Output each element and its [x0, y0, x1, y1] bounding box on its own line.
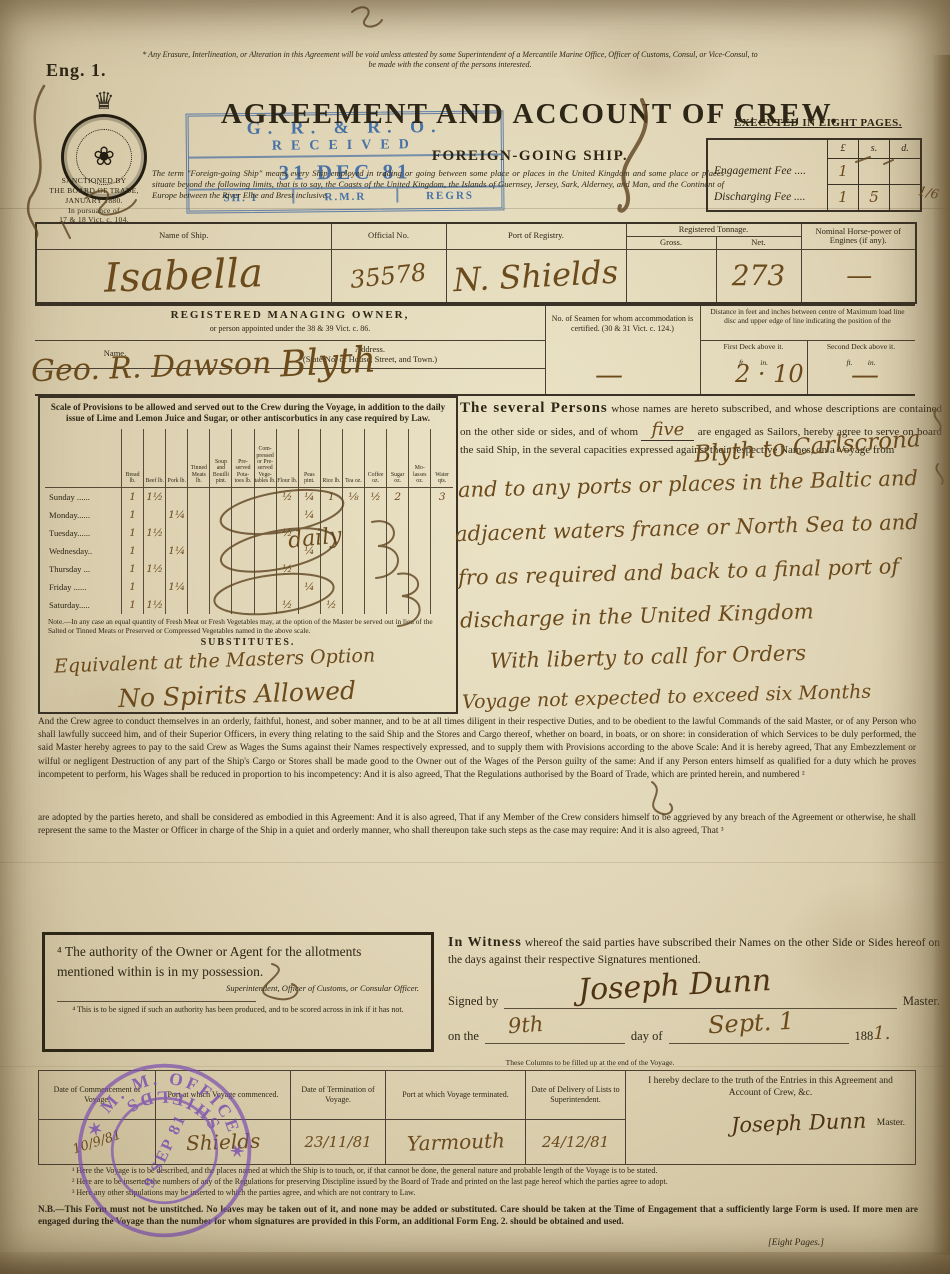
witness-body: whereof the said parties have subscribed… [448, 937, 940, 966]
provision-cell [210, 506, 232, 524]
provisions-scale-box: Scale of Provisions to be allowed and se… [38, 396, 458, 714]
discharging-fee-pounds: 1 [828, 184, 859, 210]
provision-column-header: Pork lb. [166, 429, 188, 488]
fee-table: £ s. d. Engagement Fee .... 1 Dischargin… [706, 138, 922, 212]
provision-cell [298, 560, 320, 578]
provision-cell [387, 506, 409, 524]
provision-cell [320, 578, 342, 596]
provision-cell [188, 524, 210, 542]
registered-tonnage-header: Registered Tonnage. [626, 223, 801, 236]
provision-cell [210, 560, 232, 578]
provision-cell: 1 [320, 487, 342, 506]
provision-cell: ¼ [298, 506, 320, 524]
provision-column-header: Mo- lasses oz. [409, 429, 431, 488]
provision-cell [254, 487, 276, 506]
horse-power-value: — [801, 249, 916, 303]
provision-column-header: Pre- served Pota- toes lb. [232, 429, 254, 488]
provision-cell [431, 524, 453, 542]
provision-cell [387, 542, 409, 560]
sanction-note: SANCTIONED BY THE BOARD OF TRADE, JANUAR… [38, 176, 150, 225]
termination-date-header: Date of Termination of Voyage. [291, 1071, 386, 1120]
ink-squiggle-numbered [652, 782, 672, 814]
document-page: * Any Erasure, Interlineation, or Altera… [0, 0, 950, 1274]
provision-cell: 1 [122, 487, 144, 506]
first-deck-header: First Deck above it. [700, 342, 807, 351]
provision-cell [254, 506, 276, 524]
signed-by-row: Signed by Master. Joseph Dunn [448, 994, 940, 1009]
provision-column-header: Coffee oz. [365, 429, 387, 488]
provision-cell [387, 560, 409, 578]
provisions-caption: Scale of Provisions to be allowed and se… [40, 398, 456, 427]
provision-cell [166, 596, 188, 614]
provision-cell [188, 596, 210, 614]
provision-cell [409, 560, 431, 578]
erasure-warning-note: * Any Erasure, Interlineation, or Altera… [140, 50, 760, 70]
mercantile-marine-office-stamp: ✶ M. M. OFFICE ✶ SHIELDS 9 SEP 81 [57, 1043, 271, 1257]
day-label: Thursday ... [45, 560, 122, 578]
day-of-label: day of [631, 1029, 663, 1044]
provision-cell: ¼ [298, 487, 320, 506]
provision-cell: 1 [122, 596, 144, 614]
month-handwriting: Sept. 1 [707, 1007, 795, 1039]
declaration-cell: I hereby declare to the truth of the Ent… [626, 1071, 916, 1165]
provision-column-header: Flour lb. [276, 429, 298, 488]
provision-cell [254, 596, 276, 614]
provision-cell: 1½ [144, 596, 166, 614]
official-no-value: 35578 [331, 249, 446, 303]
provision-cell [431, 506, 453, 524]
provision-cell [431, 560, 453, 578]
provision-cell [387, 578, 409, 596]
discharging-fee-shillings: 5 [859, 184, 890, 210]
official-no-header: Official No. [331, 223, 446, 249]
provision-cell [409, 487, 431, 506]
day-label: Saturday..... [45, 596, 122, 614]
provision-cell [409, 596, 431, 614]
witness-paragraph: In Witness whereof the said parties have… [448, 934, 940, 968]
provision-cell [232, 578, 254, 596]
provision-cell [188, 487, 210, 506]
provision-cell [144, 542, 166, 560]
owner-name-value: Geo. R. Dawson [30, 346, 271, 389]
provision-cell [188, 578, 210, 596]
provision-cell [387, 524, 409, 542]
provision-cell [387, 596, 409, 614]
provisions-day-row: Monday...... 1 1¼ ¼ [45, 506, 453, 524]
provision-cell [166, 487, 188, 506]
day-handwriting: 9th [507, 1012, 544, 1038]
engagement-fee-label: Engagement Fee .... [708, 158, 828, 184]
year-digit-handwriting: 1. [873, 1023, 890, 1044]
provision-cell [342, 506, 364, 524]
provision-cell [188, 506, 210, 524]
provision-cell [232, 524, 254, 542]
provision-cell [144, 506, 166, 524]
provision-cell [210, 578, 232, 596]
provisions-day-row: Tuesday...... 1 1½ ½ [45, 524, 453, 542]
port-terminated-value: Yarmouth [386, 1120, 526, 1165]
day-label: Monday...... [45, 506, 122, 524]
managing-owner-table: REGISTERED MANAGING OWNER, or person app… [35, 304, 915, 396]
authority-signature-line [57, 993, 256, 1002]
provision-column-header: Tinned Meats lb. [188, 429, 210, 488]
stamp-center-date: 9 SEP 81 [139, 1111, 190, 1191]
port-of-registry-value: N. Shields [446, 249, 626, 303]
executed-pages-label: EXECUTED IN EIGHT PAGES. [718, 117, 918, 129]
provision-column-header: Water qts. [431, 429, 453, 488]
provision-cell: 1 [122, 560, 144, 578]
provision-cell: 1¼ [166, 542, 188, 560]
provision-column-header: Rice lb. [320, 429, 342, 488]
provision-cell [276, 578, 298, 596]
provision-cell: 3 [431, 487, 453, 506]
provision-cell [254, 542, 276, 560]
provisions-table: Bread lb.Beef lb.Pork lb.Tinned Meats lb… [45, 429, 453, 614]
provisions-header-row: Bread lb.Beef lb.Pork lb.Tinned Meats lb… [45, 429, 453, 488]
declaration-signature-row: Joseph Dunn Master. [636, 1110, 905, 1137]
provision-cell [409, 542, 431, 560]
provision-cell [365, 542, 387, 560]
provision-cell [166, 560, 188, 578]
voyage-line-1: and to any ports or places in the Baltic… [458, 466, 918, 502]
provision-cell [254, 524, 276, 542]
delivery-date-value: 24/12/81 [526, 1120, 626, 1165]
provision-cell [210, 542, 232, 560]
crew-agreement-paragraph: And the Crew agree to conduct themselves… [38, 716, 916, 782]
page-right-edge-shadow [932, 55, 950, 1255]
document-subtitle: FOREIGN-GOING SHIP. [280, 148, 780, 165]
provisions-day-row: Thursday ... 1 1½ ½ [45, 560, 453, 578]
provision-cell [342, 578, 364, 596]
provision-column-header: Soup and Bouilli pint. [210, 429, 232, 488]
declaration-signature-handwriting: Joseph Dunn [731, 1107, 867, 1139]
authority-officer-label: Superintendent, Officer of Customs, or C… [57, 983, 419, 993]
paper-crease [0, 862, 950, 863]
gross-tonnage-value [626, 249, 716, 303]
engagement-fee-pence [890, 158, 921, 184]
provision-cell [431, 596, 453, 614]
substitutes-heading: SUBSTITUTES. [40, 637, 456, 648]
provision-cell [166, 524, 188, 542]
columns-note: These Columns to be filled up at the end… [440, 1058, 740, 1067]
provision-cell [431, 578, 453, 596]
provision-cell: 1½ [144, 524, 166, 542]
provisions-day-row: Friday ...... 1 1¼ ¼ [45, 578, 453, 596]
provision-cell: ¼ [298, 578, 320, 596]
termination-date-value: 23/11/81 [291, 1120, 386, 1165]
owner-header: REGISTERED MANAGING OWNER, [35, 309, 545, 321]
ship-details-table: Name of Ship. Official No. Port of Regis… [35, 222, 917, 304]
net-tonnage-value: 273 [716, 249, 801, 303]
provision-cell [320, 506, 342, 524]
provisions-note: Note.—In any case an equal quantity of F… [48, 617, 448, 635]
ship-name-value: Isabella [36, 249, 331, 303]
owner-header-sub: or person appointed under the 38 & 39 Vi… [35, 324, 545, 333]
signed-by-label: Signed by [448, 994, 498, 1009]
currency-shillings-header: s. [859, 140, 890, 158]
provision-cell [342, 542, 364, 560]
provision-cell [188, 542, 210, 560]
provision-cell: ½ [276, 560, 298, 578]
provision-cell [342, 560, 364, 578]
authority-footnote: ⁴ This is to be signed if such an author… [57, 1005, 419, 1015]
second-deck-value: — [851, 358, 877, 391]
load-line-distance-header: Distance in feet and inches between cent… [700, 308, 915, 326]
provision-cell [210, 596, 232, 614]
provision-cell [144, 578, 166, 596]
currency-pounds-header: £ [828, 140, 859, 158]
provision-cell [431, 542, 453, 560]
provision-cell [254, 578, 276, 596]
provision-cell [210, 487, 232, 506]
table-divider [35, 340, 545, 341]
provision-cell [409, 524, 431, 542]
voyage-line-4: discharge in the United Kingdom [460, 599, 814, 632]
provision-cell: 1 [122, 524, 144, 542]
provision-cell [210, 524, 232, 542]
engagement-fee-pounds: 1 [828, 158, 859, 184]
provision-cell: 1½ [144, 487, 166, 506]
currency-pence-header: d. [890, 140, 921, 158]
provision-cell: ⅛ [342, 487, 364, 506]
day-label: Wednesday.. [45, 542, 122, 560]
underlying-page-edge [0, 1252, 950, 1274]
provision-cell [365, 596, 387, 614]
substitutes-handwriting-1: Equivalent at the Masters Option [54, 644, 376, 677]
declaration-text: I hereby declare to the truth of the Ent… [636, 1075, 905, 1100]
provision-cell [365, 560, 387, 578]
provisions-day-row: Wednesday.. 1 1¼ ¼ [45, 542, 453, 560]
horse-power-header: Nominal Horse-power of Engines (if any). [801, 223, 916, 249]
engagement-fee-shillings [859, 158, 890, 184]
day-label: Friday ...... [45, 578, 122, 596]
provision-cell: ½ [276, 596, 298, 614]
delivery-date-header: Date of Delivery of Lists to Superintend… [526, 1071, 626, 1120]
declaration-master-label: Master. [877, 1117, 905, 1129]
adoption-paragraph: are adopted by the parties hereto, and s… [38, 812, 916, 838]
owner-address-value: Blyth [279, 340, 377, 386]
provisions-day-row: Sunday ...... 1 1½ ½ ¼ 1 ⅛ ½ 2 [45, 487, 453, 506]
provision-column-header: Peas pint. [298, 429, 320, 488]
voyage-line-2: adjacent waters france or North Sea to a… [455, 510, 919, 546]
on-the-label: on the [448, 1029, 479, 1044]
provision-cell [365, 578, 387, 596]
witness-lead: In Witness [448, 935, 522, 950]
provisions-body: Sunday ...... 1 1½ ½ ¼ 1 ⅛ ½ 2 [45, 487, 453, 614]
second-deck-header: Second Deck above it. [807, 342, 915, 351]
port-of-registry-header: Port of Registry. [446, 223, 626, 249]
witness-block: In Witness whereof the said parties have… [448, 934, 940, 1044]
voyage-line-3: fro as required and back to a final port… [458, 554, 900, 590]
persons-lead: The several Persons [460, 400, 608, 416]
ink-scribble-top [352, 7, 382, 26]
authority-statement: ⁴ The authority of the Owner or Agent fo… [57, 942, 419, 981]
provision-column-header: Bread lb. [122, 429, 144, 488]
foreign-going-definition: The term "Foreign-going Ship" means ever… [152, 168, 724, 202]
fee-header-spacer [708, 140, 828, 158]
gross-header: Gross. [626, 236, 716, 249]
provision-cell [232, 560, 254, 578]
provision-cell [188, 560, 210, 578]
provision-column-header: Com- pressed or Pre- served Vege- tables… [254, 429, 276, 488]
seamen-value: — [595, 358, 621, 391]
provision-cell [342, 524, 364, 542]
substitutes-handwriting-2: No Spirits Allowed [118, 676, 357, 713]
year-prefix: 188 [855, 1029, 874, 1044]
provision-cell [409, 506, 431, 524]
provision-cell [342, 596, 364, 614]
provision-column-header: Beef lb. [144, 429, 166, 488]
provision-cell: 1¼ [166, 578, 188, 596]
provisions-day-row: Saturday..... 1 1½ ½ ½ [45, 596, 453, 614]
seamen-accommodation-header: No. of Seamen for whom accommodation is … [545, 314, 700, 335]
eight-pages-footer: [Eight Pages.] [768, 1238, 824, 1248]
provision-cell [409, 578, 431, 596]
day-column-header [45, 429, 122, 488]
voyage-line-6: Voyage not expected to exceed six Months [462, 681, 872, 714]
provision-cell [276, 506, 298, 524]
net-header: Net. [716, 236, 801, 249]
provision-cell: 2 [387, 487, 409, 506]
port-terminated-header: Port at which Voyage terminated. [386, 1071, 526, 1120]
discharging-fee-pence [890, 184, 921, 210]
voyage-line-5: With liberty to call for Orders [490, 641, 807, 673]
provision-cell [232, 542, 254, 560]
ship-name-header: Name of Ship. [36, 223, 331, 249]
day-label: Tuesday...... [45, 524, 122, 542]
provision-cell: ½ [276, 487, 298, 506]
provision-cell [320, 560, 342, 578]
provision-cell [298, 596, 320, 614]
provision-cell: ½ [320, 596, 342, 614]
provision-cell: ½ [365, 487, 387, 506]
provision-cell [365, 524, 387, 542]
provision-cell [232, 596, 254, 614]
crew-count-handwriting: five [641, 419, 694, 441]
provision-cell [365, 506, 387, 524]
provision-cell: 1 [122, 542, 144, 560]
day-line [485, 1029, 625, 1044]
provision-cell: 1¼ [166, 506, 188, 524]
provision-cell [232, 506, 254, 524]
day-label: Sunday ...... [45, 487, 122, 506]
provision-cell: 1½ [144, 560, 166, 578]
provision-cell: 1 [122, 506, 144, 524]
provision-cell: 1 [122, 578, 144, 596]
discharging-fee-label: Discharging Fee .... [708, 184, 828, 210]
allotment-authority-box: ⁴ The authority of the Owner or Agent fo… [42, 932, 434, 1052]
first-deck-value: 2 · 10 [735, 360, 804, 388]
provision-column-header: Sugar oz. [387, 429, 409, 488]
provision-column-header: Tea oz. [342, 429, 364, 488]
signature-date-row: on the day of 188 1. 9th Sept. 1 [448, 1023, 940, 1044]
provision-cell [232, 487, 254, 506]
provision-cell [254, 560, 276, 578]
form-code: Eng. 1. [46, 60, 107, 81]
